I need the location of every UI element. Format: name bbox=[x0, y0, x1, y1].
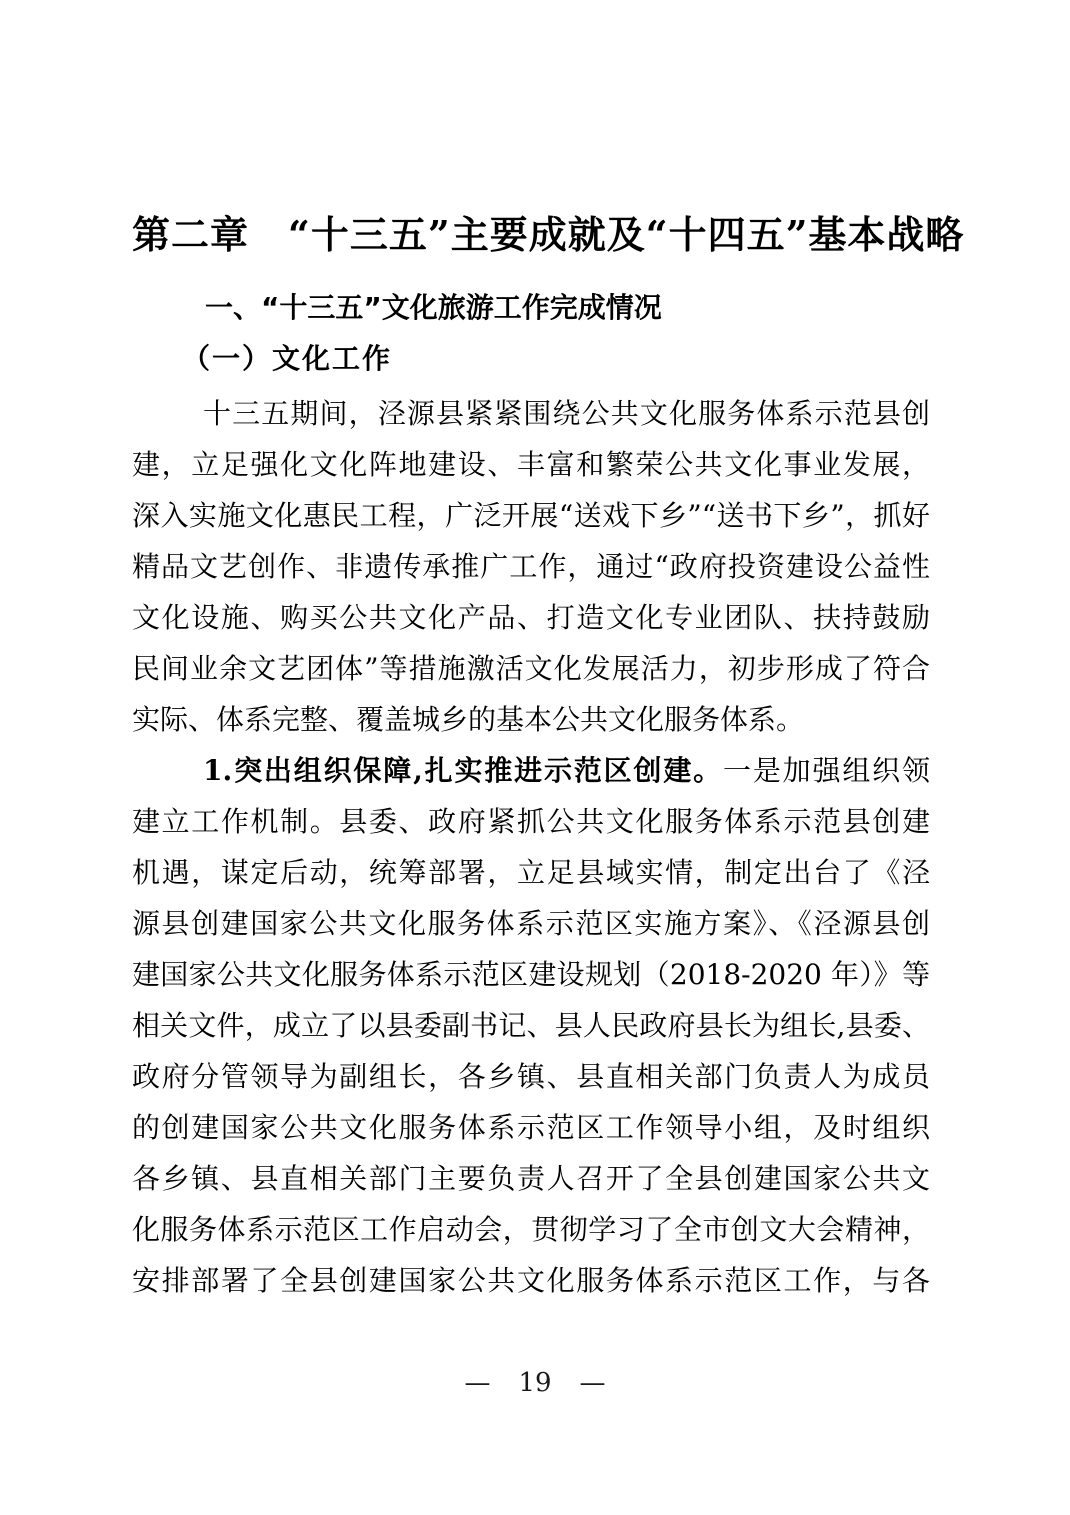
text-line: 政府分管领导为副组长，各乡镇、县直相关部门负责人为成员 bbox=[132, 1051, 930, 1102]
text-line: 化服务体系示范区工作启动会，贯彻学习了全市创文大会精神， bbox=[132, 1204, 930, 1255]
text-line: 建，立足强化文化阵地建设、丰富和繁荣公共文化事业发展， bbox=[132, 439, 930, 490]
text-line: 民间业余文艺团体”等措施激活文化发展活力，初步形成了符合 bbox=[132, 643, 930, 694]
text-line: 各乡镇、县直相关部门主要负责人召开了全县创建国家公共文 bbox=[132, 1153, 930, 1204]
text-line: 深入实施文化惠民工程，广泛开展“送戏下乡”“送书下乡”，抓好 bbox=[132, 490, 930, 541]
text-line: 的创建国家公共文化服务体系示范区工作领导小组，及时组织 bbox=[132, 1102, 930, 1153]
paragraph-2: 1.突出组织保障,扎实推进示范区创建。一是加强组织领导， 建立工作机制。县委、政… bbox=[132, 745, 930, 1306]
chapter-title: 第二章 “十三五”主要成就及“十四五”基本战略 bbox=[132, 212, 930, 258]
footer-dash-left: — bbox=[464, 1368, 490, 1398]
text-line: 相关文件，成立了以县委副书记、县人民政府县长为组长,县委、 bbox=[132, 1000, 930, 1051]
section-heading: 一、“十三五”文化旅游工作完成情况 bbox=[205, 288, 930, 328]
text-line: 1.突出组织保障,扎实推进示范区创建。一是加强组织领导， bbox=[132, 745, 930, 796]
subsection-heading: （一）文化工作 bbox=[182, 339, 930, 379]
text-line: 源县创建国家公共文化服务体系示范区实施方案》、《泾源县创 bbox=[132, 898, 930, 949]
text-line: 机遇，谋定后动，统筹部署，立足县域实情，制定出台了《泾 bbox=[132, 847, 930, 898]
page-footer: —19— bbox=[0, 1366, 1070, 1400]
bold-lead-sentence: 1.突出组织保障,扎实推进示范区创建。 bbox=[203, 754, 723, 787]
text-line: 精品文艺创作、非遗传承推广工作，通过“政府投资建设公益性 bbox=[132, 541, 930, 592]
text-line: 安排部署了全县创建国家公共文化服务体系示范区工作，与各 bbox=[132, 1255, 930, 1306]
text-line: 十三五期间，泾源县紧紧围绕公共文化服务体系示范县创 bbox=[132, 388, 930, 439]
page-number: 19 bbox=[518, 1366, 551, 1400]
text-line: 建国家公共文化服务体系示范区建设规划（2018-2020 年）》等 bbox=[132, 949, 930, 1000]
text-line: 实际、体系完整、覆盖城乡的基本公共文化服务体系。 bbox=[132, 694, 930, 745]
footer-dash-right: — bbox=[580, 1368, 606, 1398]
document-page: 第二章 “十三五”主要成就及“十四五”基本战略 一、“十三五”文化旅游工作完成情… bbox=[0, 0, 1070, 1515]
text-line: 建立工作机制。县委、政府紧抓公共文化服务体系示范县创建 bbox=[132, 796, 930, 847]
page-content: 第二章 “十三五”主要成就及“十四五”基本战略 一、“十三五”文化旅游工作完成情… bbox=[0, 0, 1070, 1306]
text-line: 文化设施、购买公共文化产品、打造文化专业团队、扶持鼓励 bbox=[132, 592, 930, 643]
paragraph-1: 十三五期间，泾源县紧紧围绕公共文化服务体系示范县创 建，立足强化文化阵地建设、丰… bbox=[132, 388, 930, 745]
